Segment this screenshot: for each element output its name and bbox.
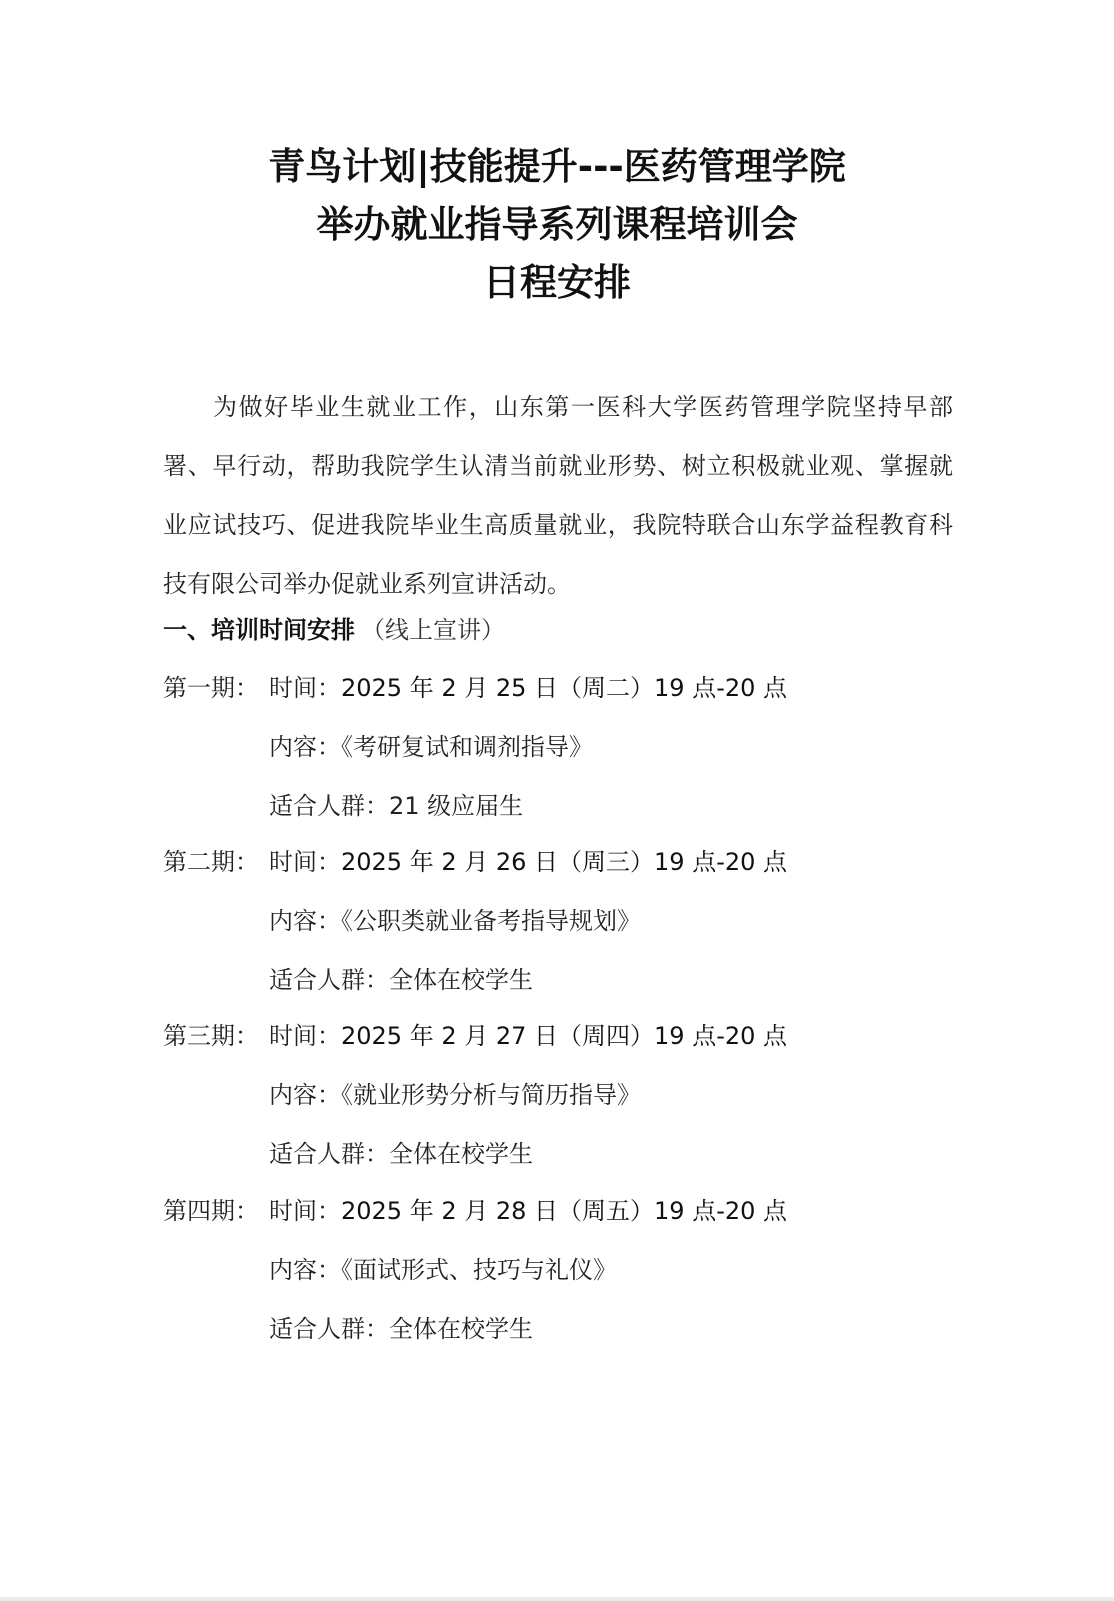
content-value: 《就业形势分析与简历指导》: [341, 1081, 641, 1109]
audience-label: 适合人群：: [269, 792, 389, 820]
audience-value: 全体在校学生: [389, 966, 533, 994]
time-value: 2025 年 2 月 28 日（周五）19 点-20 点: [341, 1197, 787, 1225]
time-label: 时间：: [269, 1197, 341, 1225]
intro-paragraph: 为做好毕业生就业工作，山东第一医科大学医药管理学院坚持早部署、早行动，帮助我院学…: [163, 378, 953, 614]
session-period-label: 第四期：: [163, 1193, 259, 1229]
session-period-label: 第二期：: [163, 844, 259, 880]
content-label: 内容：: [269, 1081, 341, 1109]
time-value: 2025 年 2 月 27 日（周四）19 点-20 点: [341, 1022, 787, 1050]
time-label: 时间：: [269, 848, 341, 876]
content-label: 内容：: [269, 907, 341, 935]
audience-label: 适合人群：: [269, 1315, 389, 1343]
time-value: 2025 年 2 月 25 日（周二）19 点-20 点: [341, 674, 787, 702]
section-heading-note: （线上宣讲）: [361, 616, 505, 644]
content-label: 内容：: [269, 1256, 341, 1284]
content-value: 《面试形式、技巧与礼仪》: [341, 1256, 617, 1284]
audience-value: 21 级应届生: [389, 792, 523, 820]
section-heading-title: 一、培训时间安排: [163, 616, 355, 644]
session-period-label: 第一期：: [163, 670, 259, 706]
time-label: 时间：: [269, 674, 341, 702]
session-period-label: 第三期：: [163, 1018, 259, 1054]
document-page: 青鸟计划|技能提升---医药管理学院 举办就业指导系列课程培训会 日程安排 为做…: [0, 0, 1114, 1597]
content-label: 内容：: [269, 733, 341, 761]
title-line-1: 青鸟计划|技能提升---医药管理学院: [0, 138, 1114, 196]
section-heading: 一、培训时间安排（线上宣讲）: [163, 612, 505, 648]
page-bottom-edge: [0, 1597, 1114, 1601]
audience-label: 适合人群：: [269, 1140, 389, 1168]
content-value: 《公职类就业备考指导规划》: [341, 907, 641, 935]
title-line-3: 日程安排: [0, 254, 1114, 312]
audience-value: 全体在校学生: [389, 1140, 533, 1168]
time-label: 时间：: [269, 1022, 341, 1050]
title-line-2: 举办就业指导系列课程培训会: [0, 196, 1114, 254]
audience-label: 适合人群：: [269, 966, 389, 994]
audience-value: 全体在校学生: [389, 1315, 533, 1343]
document-title: 青鸟计划|技能提升---医药管理学院 举办就业指导系列课程培训会 日程安排: [0, 138, 1114, 312]
content-value: 《考研复试和调剂指导》: [341, 733, 593, 761]
time-value: 2025 年 2 月 26 日（周三）19 点-20 点: [341, 848, 787, 876]
